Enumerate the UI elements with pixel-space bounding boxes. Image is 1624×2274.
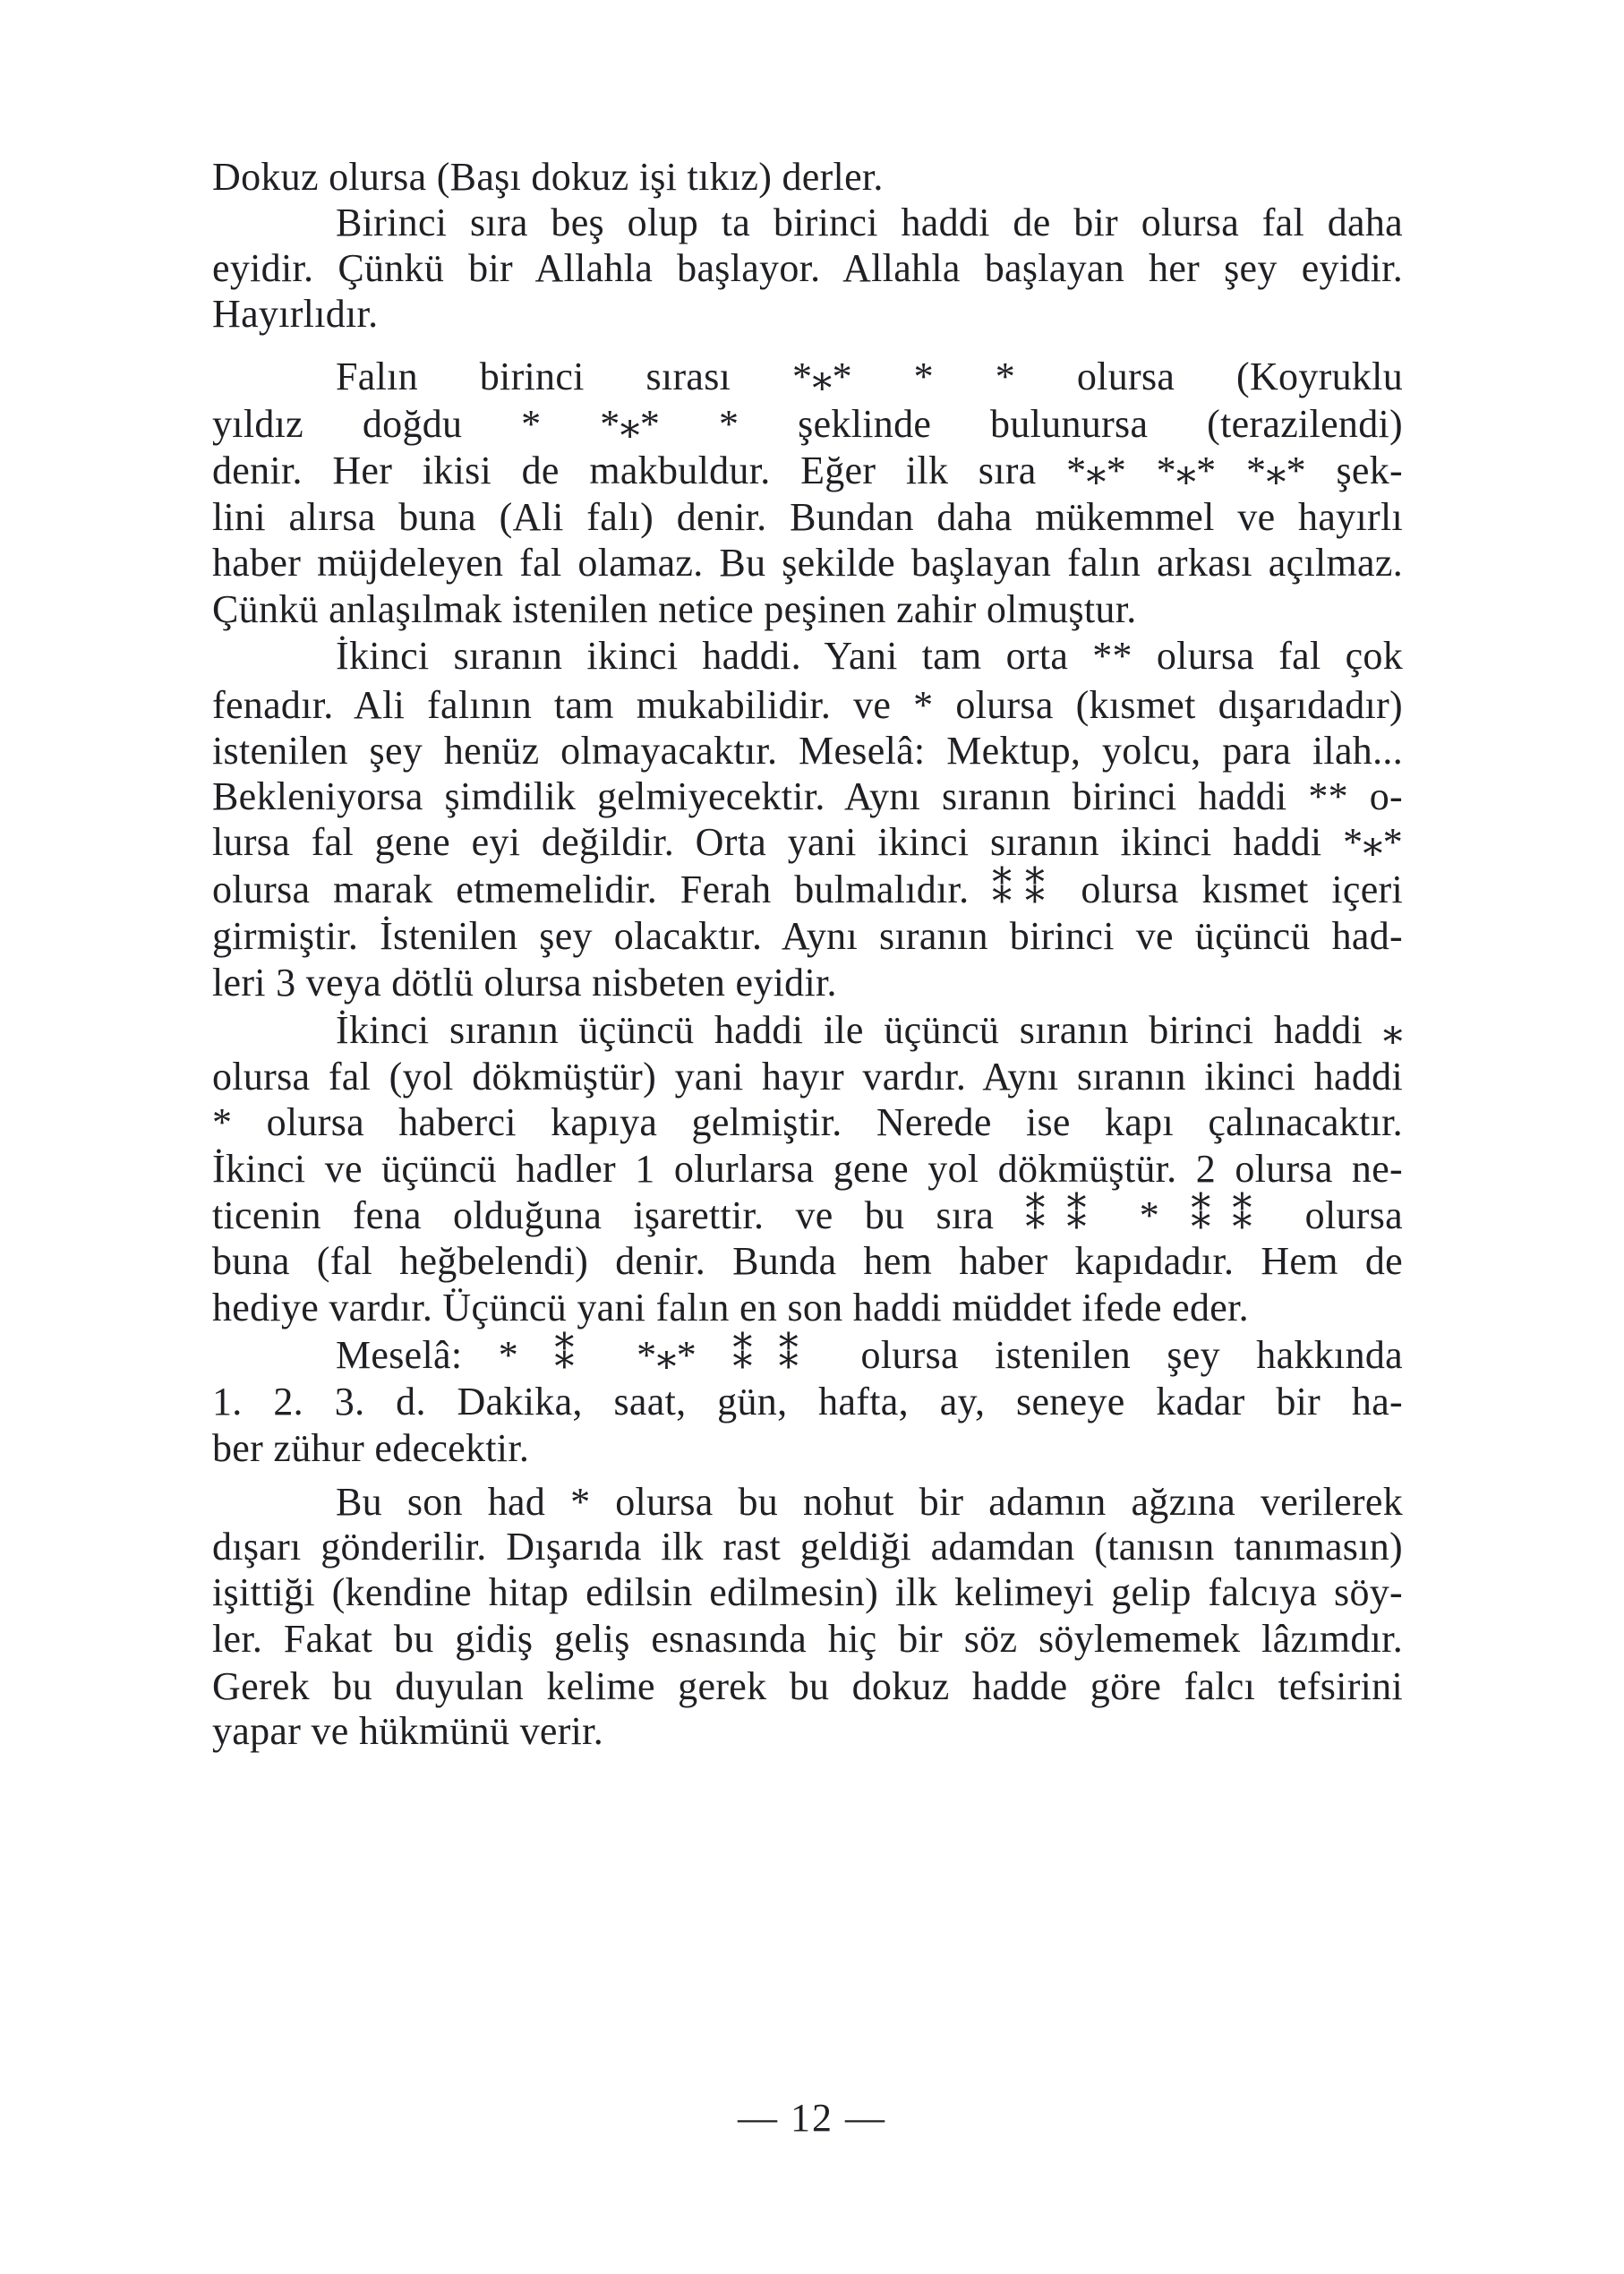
text-line: olursa marak etmemelidir. Ferah bulmalıd… [212,867,1403,913]
text-line: işittiği (kendine hitap edilsin edilmesi… [212,1569,1403,1616]
text-line: fenadır. Ali falının tam mukabilidir. ve… [212,682,1403,729]
text-line: ticenin fena olduğuna işarettir. ve bu s… [212,1193,1403,1239]
text-line: eyidir. Çünkü bir Allahla başlayor. Alla… [212,245,1403,292]
text-line: ber zühur edecektir. [212,1425,1403,1472]
text-line: lini alırsa buna (Ali falı) denir. Bunda… [212,494,1403,541]
page-number: — 12 — [722,2095,902,2141]
text-line: olursa fal (yol dökmüştür) yani hayır va… [212,1054,1403,1100]
text-line: yapar ve hükmünü verir. [212,1708,1403,1755]
text-line: Bekleniyorsa şimdilik gelmiyecektir. Ayn… [212,774,1403,820]
text-line: haber müjdeleyen fal olamaz. Bu şekilde … [212,540,1403,586]
text-line: girmiştir. İstenilen şey olacaktır. Aynı… [212,913,1403,960]
text-line: İkinci sıranın üçüncü haddi ile üçüncü s… [336,1007,1403,1054]
text-line: ler. Fakat bu gidiş geliş esnasında hiç … [212,1616,1403,1663]
text-line: hediye vardır. Üçüncü yani falın en son … [212,1285,1403,1331]
text-line: İkinci sıranın ikinci haddi. Yani tam or… [336,633,1403,680]
text-line: Dokuz olursa (Başı dokuz işi tıkız) derl… [212,154,1403,201]
text-line: buna (fal heğbelendi) denir. Bunda hem h… [212,1238,1403,1285]
text-line: Meselâ: * ⁑ *⁎* ⁑⁑ olursa istenilen şey … [336,1332,1403,1379]
text-line: lursa fal gene eyi değildir. Orta yani i… [212,819,1403,866]
text-line: istenilen şey henüz olmayacaktır. Meselâ… [212,728,1403,774]
text-line: leri 3 veya dötlü olursa nisbeten eyidir… [212,960,1403,1006]
text-line: Çünkü anlaşılmak istenilen netice peşine… [212,586,1403,633]
text-line: Hayırlıdır. [212,291,1403,338]
text-line: dışarı gönderilir. Dışarıda ilk rast gel… [212,1524,1403,1570]
text-line: İkinci ve üçüncü hadler 1 olurlarsa gene… [212,1146,1403,1193]
text-line: 1. 2. 3. d. Dakika, saat, gün, hafta, ay… [212,1379,1403,1425]
text-line: yıldız doğdu * *⁎* * şeklinde bulunursa … [212,401,1403,448]
text-line: Bu son had * olursa bu nohut bir adamın … [336,1479,1403,1526]
text-line: * olursa haberci kapıya gelmiştir. Nered… [212,1099,1403,1146]
book-page: Dokuz olursa (Başı dokuz işi tıkız) derl… [0,0,1624,2274]
text-line: denir. Her ikisi de makbuldur. Eğer ilk … [212,448,1403,494]
text-line: Falın birinci sırası *⁎* * * olursa (Koy… [336,354,1403,400]
text-line: Birinci sıra beş olup ta birinci haddi d… [336,200,1403,246]
text-line: Gerek bu duyulan kelime gerek bu dokuz h… [212,1663,1403,1710]
